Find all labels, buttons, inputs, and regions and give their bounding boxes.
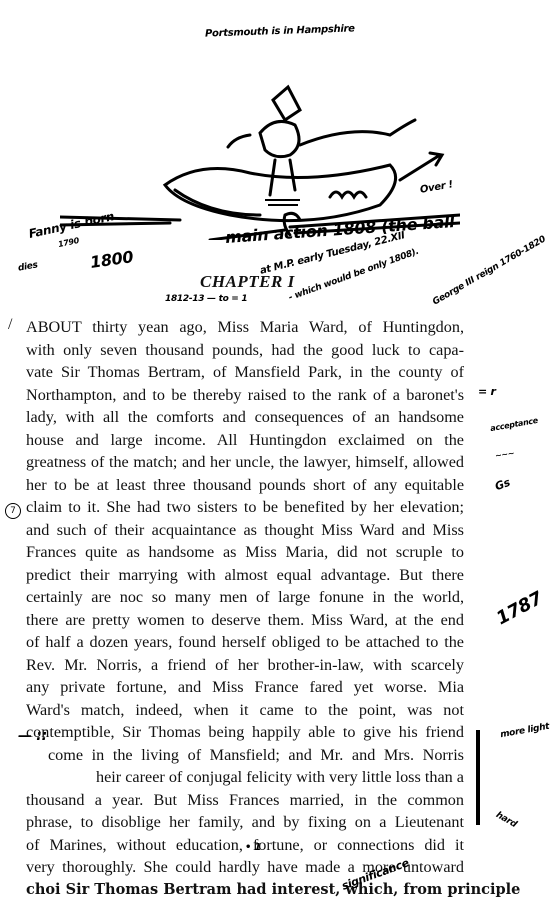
text-line: certainly are noc so many men of large f… — [26, 586, 464, 609]
text-line: Northampton, and to be thereby raised to… — [26, 384, 464, 407]
margin-note-gs: Gs — [493, 476, 512, 493]
margin-note-acceptance: acceptance — [490, 416, 539, 433]
text-line: Ward's match, indeed, when it came to th… — [26, 699, 464, 722]
margin-note-wave: ~~~ — [494, 449, 514, 461]
chapter-subnote: 1812-13 — to = 1 — [165, 294, 247, 304]
chapter-title: CHAPTER I — [200, 272, 295, 292]
text-line: heir career of conjugal felicity with ve… — [26, 766, 464, 789]
text-line: and such of their acquaintance as though… — [26, 519, 464, 542]
header-annotation: Portsmouth is in Hampshire — [205, 23, 355, 39]
text-line: claim to it. She had two sisters to be b… — [26, 496, 464, 519]
circled-number: 7 — [5, 503, 21, 519]
text-line: greatness of the match; and her uncle, t… — [26, 451, 464, 474]
annotation-born-prefix: dies — [17, 260, 38, 273]
text-line: Rev. Mr. Norris, a friend of her brother… — [26, 654, 464, 677]
text-line: with only seven thousand pounds, had the… — [26, 339, 464, 362]
margin-vertical-bar — [476, 730, 480, 825]
text-line: thousand a year. But Miss Frances marrie… — [26, 789, 464, 812]
text-line: any private fortune, and Miss France far… — [26, 676, 464, 699]
page-number: • 1 — [245, 842, 261, 853]
text-line: predict their marrying with almost equal… — [26, 564, 464, 587]
text-line: Frances quite as handsome as Miss Maria,… — [26, 541, 464, 564]
text-line: her to be at least three thousand pounds… — [26, 474, 464, 497]
text-line: vate Sir Thomas Bertram, of Mansfield Pa… — [26, 361, 464, 384]
text-line: of half a dozen years, found herself obl… — [26, 631, 464, 654]
body-text: ABOUT thirty yean ago, Miss Maria Ward, … — [26, 316, 464, 901]
text-line: house and large income. All Huntingdon e… — [26, 429, 464, 452]
decorative-illustration — [60, 65, 460, 240]
text-line: ABOUT thirty yean ago, Miss Maria Ward, … — [26, 316, 464, 339]
text-line: lady, with all the comforts and conseque… — [26, 406, 464, 429]
margin-note-more-light: more light — [500, 722, 551, 740]
text-line: choi Sir Thomas Bertram had interest, wh… — [26, 879, 464, 902]
left-slash-mark: / — [8, 316, 12, 334]
text-line: contemptible, Sir Thomas being happily a… — [26, 721, 464, 744]
margin-note-equals: = r — [478, 385, 496, 398]
text-line: phrase, to disoblige her family, and by … — [26, 811, 464, 834]
text-line: there are pretty women to deserve them. … — [26, 609, 464, 632]
annotation-year-1800: 1800 — [89, 247, 135, 272]
margin-note-hard: hard — [494, 810, 518, 830]
margin-note-1787: 1787 — [493, 588, 546, 630]
annotation-george: George III reign 1760-1820 — [431, 235, 547, 308]
text-line: come in the living of Mansfield; and Mr.… — [26, 744, 464, 767]
